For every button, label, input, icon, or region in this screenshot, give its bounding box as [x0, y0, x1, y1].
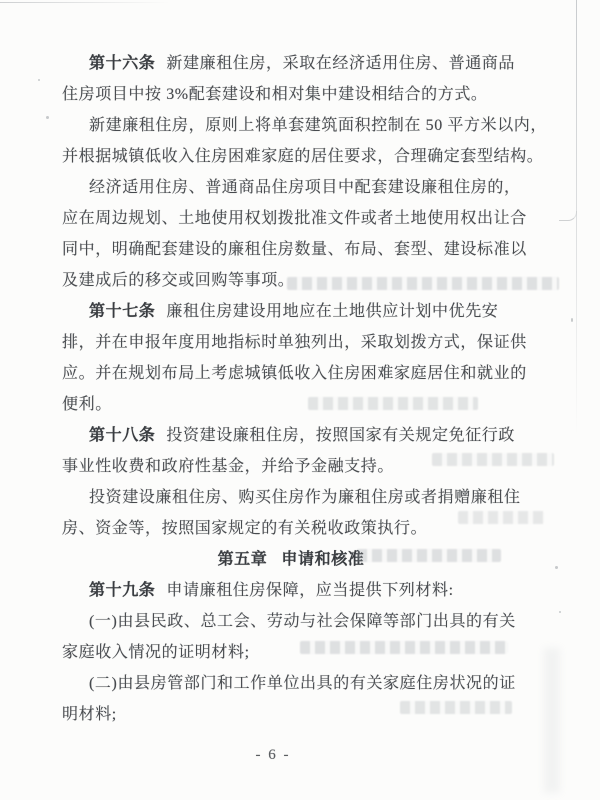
- text-line: 新建廉租住房，原则上将单套建筑面积控制在 50 平方米以内，: [62, 110, 556, 141]
- document-body: 第十六条新建廉租住房，采取在经济适用住房、普通商品 住房项目中按 3%配套建设和…: [62, 48, 556, 730]
- text-line: 并根据城镇低收入住房困难家庭的居住要求，合理确定套型结构。: [62, 141, 556, 172]
- bleedthrough-smudge: [287, 277, 559, 290]
- article-number: 第十六条: [89, 55, 155, 72]
- scan-edge-line-right: [576, 0, 577, 436]
- bleedthrough-smudge: [357, 549, 501, 562]
- line-text: 事业性收费和政府性基金，并给予金融支持。: [62, 458, 394, 475]
- chapter-number: 第五章: [218, 551, 268, 568]
- text-line-article-19: 第十九条申请廉租住房保障，应当提供下列材料:: [62, 575, 556, 606]
- text-line: 住房项目中按 3%配套建设和相对集中建设相结合的方式。: [62, 79, 556, 110]
- line-text: 住房项目中按 3%配套建设和相对集中建设相结合的方式。: [62, 86, 488, 103]
- scanned-document-page: 第十六条新建廉租住房，采取在经济适用住房、普通商品 住房项目中按 3%配套建设和…: [0, 0, 600, 800]
- line-text: (二)由县房管部门和工作单位出具的有关家庭住房状况的证: [89, 675, 516, 692]
- text-line-item-1: (一)由县民政、总工会、劳动与社会保障等部门出具的有关: [62, 606, 556, 637]
- page-number: - 6 -: [0, 747, 546, 764]
- line-text: (一)由县民政、总工会、劳动与社会保障等部门出具的有关: [89, 613, 516, 630]
- line-text: 经济适用住房、普通商品住房项目中配套建设廉租住房的，: [89, 179, 521, 196]
- line-text: 申请廉租住房保障，应当提供下列材料:: [166, 582, 453, 599]
- line-text: 新建廉租住房，采取在经济适用住房、普通商品: [166, 55, 515, 72]
- scan-edge-line-top: [0, 2, 170, 3]
- line-text: 便利。: [62, 396, 112, 413]
- chapter-title: 申请和核准: [281, 551, 364, 568]
- article-number: 第十九条: [89, 582, 155, 599]
- article-number: 第十七条: [89, 303, 155, 320]
- article-number: 第十八条: [89, 427, 155, 444]
- line-text: 应。并在规划布局上考虑城镇低收入住房困难家庭居住和就业的: [62, 365, 527, 382]
- text-line: 经济适用住房、普通商品住房项目中配套建设廉租住房的，: [62, 172, 556, 203]
- line-text: 并根据城镇低收入住房困难家庭的居住要求，合理确定套型结构。: [62, 148, 543, 165]
- bleedthrough-smudge: [432, 453, 554, 466]
- text-line-item-2: (二)由县房管部门和工作单位出具的有关家庭住房状况的证: [62, 668, 556, 699]
- text-line: 应在周边规划、土地使用权划拨批准文件或者土地使用权出让合: [62, 203, 556, 234]
- text-line: 应。并在规划布局上考虑城镇低收入住房困难家庭居住和就业的: [62, 358, 556, 389]
- bleedthrough-smudge: [458, 511, 544, 524]
- text-line-article-18: 第十八条投资建设廉租住房，按照国家有关规定免征行政: [62, 420, 556, 451]
- text-line: 排，并在申报年度用地指标时单独列出，采取划拨方式，保证供: [62, 327, 556, 358]
- scan-speck: [555, 566, 558, 569]
- line-text: 廉租住房建设用地应在土地供应计划中优先安: [166, 303, 498, 320]
- line-text: 投资建设廉租住房、购买住房作为廉租住房或者捐赠廉租住: [89, 489, 521, 506]
- text-line-article-16: 第十六条新建廉租住房，采取在经济适用住房、普通商品: [62, 48, 556, 79]
- scan-speck: [46, 116, 49, 119]
- scan-speck: [571, 318, 573, 322]
- line-text: 家庭收入情况的证明材料;: [62, 644, 250, 661]
- line-text: 新建廉租住房，原则上将单套建筑面积控制在 50 平方米以内，: [89, 117, 547, 134]
- bleedthrough-smudge: [400, 701, 512, 714]
- bleedthrough-smudge: [308, 397, 478, 410]
- line-text: 投资建设廉租住房，按照国家有关规定免征行政: [166, 427, 515, 444]
- line-text: 明材料;: [62, 706, 117, 723]
- line-text: 应在周边规划、土地使用权划拨批准文件或者土地使用权出让合: [62, 210, 527, 227]
- line-text: 房、资金等，按照国家规定的有关税收政策执行。: [62, 520, 427, 537]
- line-text: 同中，明确配套建设的廉租住房数量、布局、套型、建设标准以: [62, 241, 527, 258]
- scan-speck: [38, 79, 40, 81]
- bleedthrough-smudge: [300, 641, 508, 654]
- text-line: 同中，明确配套建设的廉租住房数量、布局、套型、建设标准以: [62, 234, 556, 265]
- line-text: 排，并在申报年度用地指标时单独列出，采取划拨方式，保证供: [62, 334, 527, 351]
- text-line: 投资建设廉租住房、购买住房作为廉租住房或者捐赠廉租住: [62, 482, 556, 513]
- line-text: 及建成后的移交或回购等事项。: [62, 272, 294, 289]
- text-line-article-17: 第十七条廉租住房建设用地应在土地供应计划中优先安: [62, 296, 556, 327]
- scan-edge-curl-mark: [559, 211, 577, 221]
- scan-speck: [559, 611, 561, 613]
